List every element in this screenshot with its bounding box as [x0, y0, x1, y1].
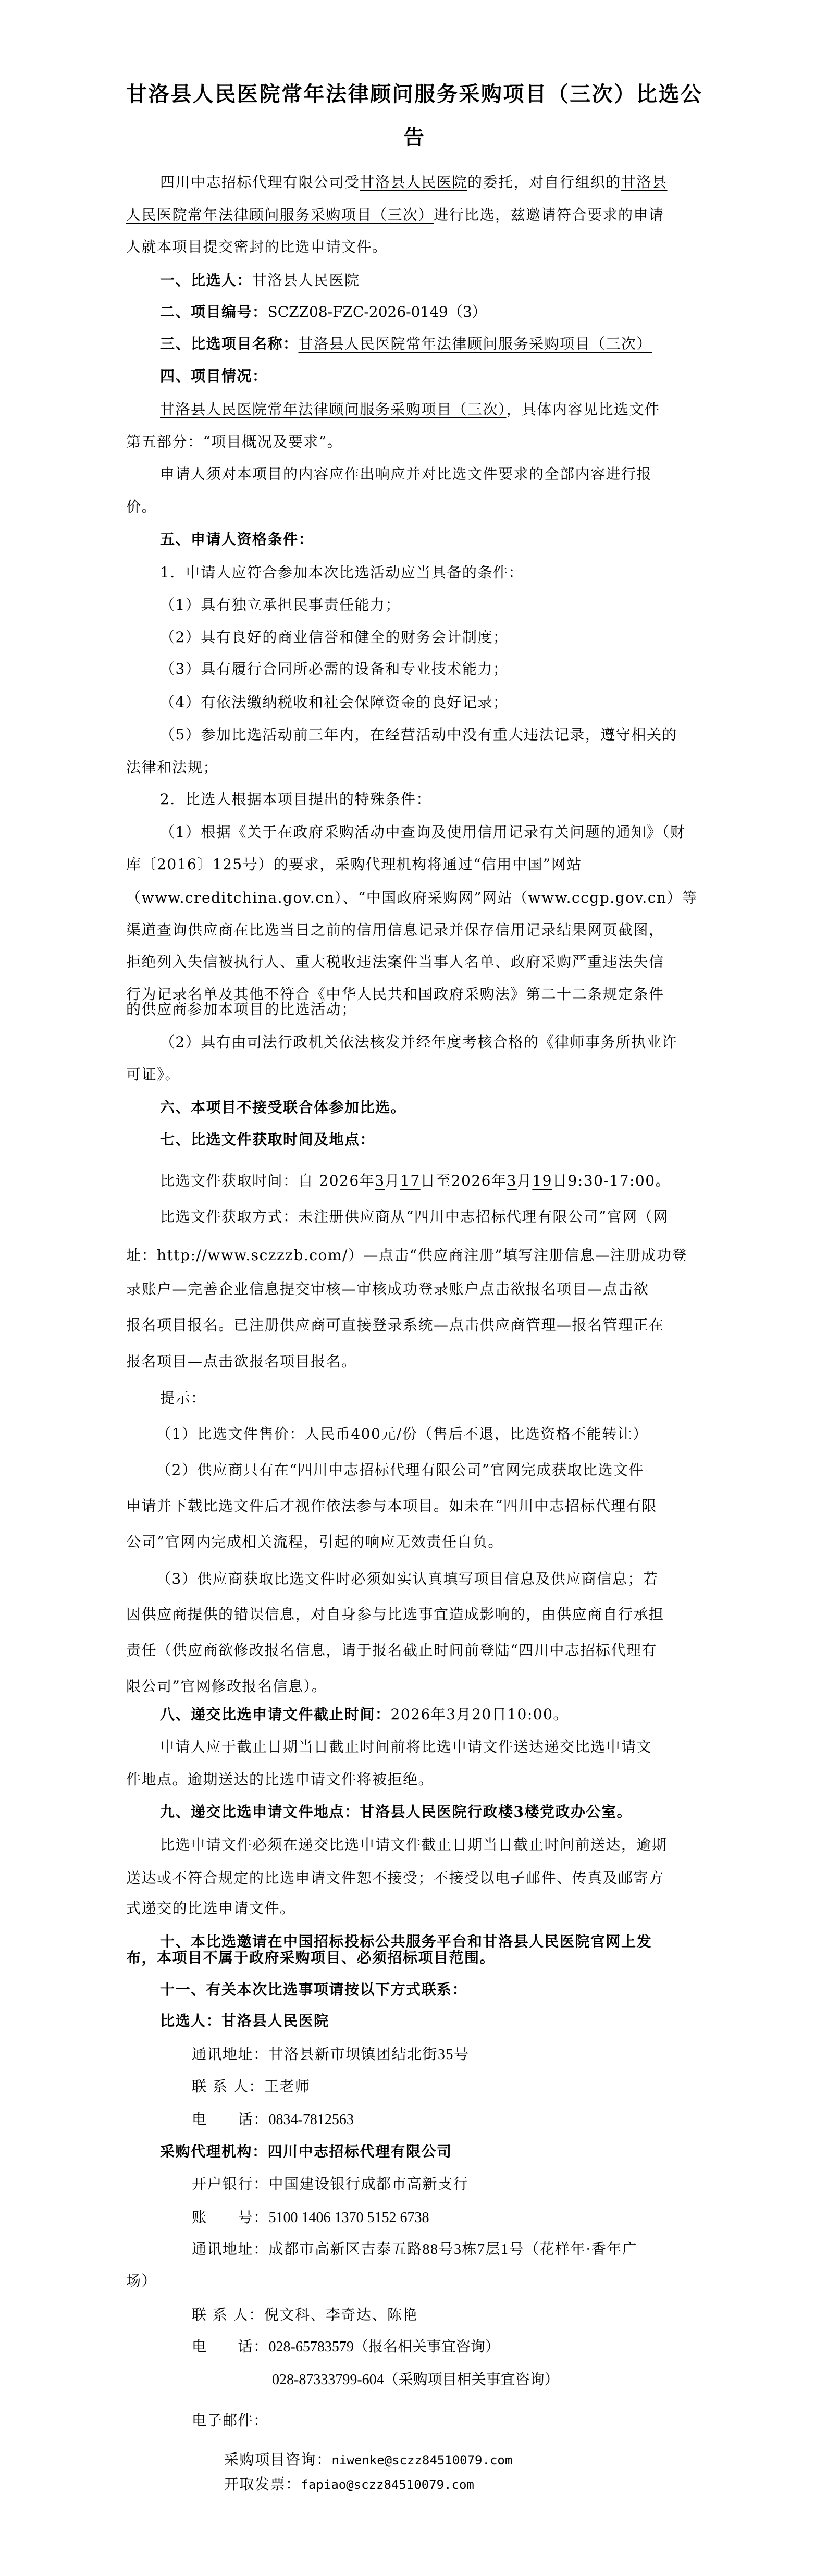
submission-body: 式递交的比选申请文件。 — [126, 1900, 701, 1917]
special-condition-2: （2）具有由司法行政机关依法核发并经年度考核合格的《律师事务所执业许 — [160, 1033, 701, 1051]
document-page: 甘洛县人民医院常年法律顾问服务采购项目（三次）比选公 告 四川中志招标代理有限公… — [0, 0, 827, 2576]
tip-accuracy: 因供应商提供的错误信息，对自身参与比选事宜造成影响的，由供应商自行承担 — [126, 1606, 701, 1623]
project-number-value: SCZZ08-FZC-2026-0149（3） — [268, 303, 487, 321]
special-condition-1: （1）根据《关于在政府采购活动中查询及使用信用记录有关问题的通知》（财 — [160, 823, 701, 841]
project-name-value: 甘洛县人民医院常年法律顾问服务采购项目（三次） — [299, 335, 652, 352]
acquisition-method: 报名项目报名。已注册供应商可直接登录系统—点击供应商管理—报名管理正在 — [126, 1316, 701, 1334]
tips-label: 提示： — [160, 1389, 701, 1407]
qualification-item: （2）具有良好的商业信誉和健全的财务会计制度； — [160, 628, 701, 646]
field-label: 联 系 人： — [192, 2078, 264, 2095]
acquisition-hours: 9:30-17:00。 — [568, 1172, 671, 1189]
year-char: 年 — [360, 1172, 375, 1189]
field-value[interactable]: 028-65783579（报名相关事宜咨询） — [269, 2339, 500, 2355]
agency-bank: 开户银行：中国建设银行成都市高新支行 — [192, 2175, 767, 2193]
section-submission-location: 九、递交比选申请文件地点：甘洛县人民医院行政楼3楼党政办公室。 — [160, 1803, 701, 1821]
field-value: 中国建设银行成都市高新支行 — [269, 2175, 469, 2192]
tip-registration: 申请并下载比选文件后才视作依法参与本项目。如未在“四川中志招标代理有限 — [126, 1497, 701, 1515]
contact-purchaser-heading: 比选人：甘洛县人民医院 — [160, 2012, 701, 2030]
field-label: 开取发票： — [224, 2475, 301, 2493]
purchaser-name-link: 甘洛县人民医院 — [360, 174, 468, 191]
start-year: 2026 — [319, 1172, 359, 1189]
qualification-special-heading: 2．比选人根据本项目提出的特殊条件： — [160, 791, 701, 808]
qualification-item: （3）具有履行合同所必需的设备和专业技术能力； — [160, 660, 701, 678]
project-info-para2-line-1: 申请人须对本项目的内容应作出响应并对比选文件要求的全部内容进行报 — [160, 465, 701, 483]
section-label: 九、递交比选申请文件地点： — [160, 1803, 360, 1820]
agency-email-invoice: 开取发票：fapiao@sczz84510079.com — [224, 2475, 799, 2493]
tip-accuracy: 责任（供应商欲修改报名信息，请于报名截止时间前登陆“四川中志招标代理有 — [126, 1642, 701, 1659]
tip-accuracy: 限公司”官网修改报名信息）。 — [126, 1678, 701, 1695]
qualification-item: （1）具有独立承担民事责任能力； — [160, 596, 701, 614]
special-condition-1: 库〔2016〕125号）的要求，采购代理机构将通过“信用中国”网站 — [126, 856, 701, 873]
special-condition-2: 可证》。 — [126, 1066, 701, 1083]
special-condition-1: 渠道查询供应商在比选当日之前的信用信息记录并保存信用记录结果网页截图， — [126, 921, 701, 939]
field-label: 联 系 人： — [192, 2306, 264, 2323]
section-label: 一、比选人： — [160, 272, 252, 289]
field-label: 电 话： — [192, 2111, 269, 2128]
purchaser-contact: 联 系 人：王老师 — [192, 2078, 767, 2096]
year-char: 年 — [491, 1172, 507, 1189]
acquisition-method[interactable]: 址：http://www.sczzzb.com/）—点击“供应商注册”填写注册信… — [126, 1247, 701, 1264]
intro-line-1: 四川中志招标代理有限公司受甘洛县人民医院的委托，对自行组织的甘洛县 — [160, 174, 701, 191]
field-label: 开户银行： — [192, 2175, 269, 2192]
field-value[interactable]: 0834-7812563 — [269, 2112, 354, 2128]
field-label: 通讯地址： — [192, 2240, 269, 2258]
section-project-number: 二、项目编号：SCZZ08-FZC-2026-0149（3） — [160, 303, 701, 321]
tip-registration: 公司”官网内完成相关流程，引起的响应无效责任自负。 — [126, 1533, 701, 1551]
agency-phone-2[interactable]: 028-87333799-604（采购项目相关事宜咨询） — [272, 2371, 827, 2389]
field-label: 通讯地址： — [192, 2045, 269, 2063]
section-purchaser: 一、比选人：甘洛县人民医院 — [160, 272, 701, 289]
tip-accuracy: （3）供应商获取比选文件时必须如实认真填写项目信息及供应商信息；若 — [156, 1570, 698, 1588]
intro-text: 进行比选，兹邀请符合要求的申请 — [434, 206, 664, 224]
submission-body: 比选申请文件必须在递交比选申请文件截止日期当日截止时间前送达，逾期 — [160, 1836, 701, 1854]
agency-contact: 联 系 人：倪文科、李奇达、陈艳 — [192, 2306, 767, 2324]
field-value: 倪文科、李奇达、陈艳 — [264, 2306, 418, 2323]
project-name-part: 人民医院常年法律顾问服务采购项目（三次） — [126, 206, 434, 224]
purchaser-value: 甘洛县人民医院 — [252, 272, 360, 289]
acquisition-time: 比选文件获取时间：自 2026年3月17日至2026年3月19日9:30-17:… — [160, 1172, 701, 1190]
email-link[interactable]: fapiao@sczz84510079.com — [301, 2478, 474, 2492]
field-label: 电 话： — [192, 2338, 269, 2355]
section-deadline: 八、递交比选申请文件截止时间：2026年3月20日10:00。 — [160, 1706, 701, 1723]
day-char: 日 — [552, 1172, 568, 1189]
document-title-continued: 告 — [126, 125, 701, 150]
special-condition-1: 的供应商参加本项目的比选活动； — [126, 1001, 701, 1018]
acquisition-method: 录账户—完善企业信息提交审核—审核成功登录账户点击欲报名项目—点击欲 — [126, 1280, 701, 1298]
purchaser-phone: 电 话：0834-7812563 — [192, 2111, 767, 2128]
field-value: 成都市高新区吉泰五路88号3栋7层1号（花样年·香年广 — [269, 2241, 638, 2258]
end-month: 3 — [507, 1172, 517, 1189]
day-char: 日 — [421, 1172, 436, 1189]
qualification-item: （4）有依法缴纳税收和社会保障资金的良好记录； — [160, 694, 701, 711]
section-heading-no-consortium: 六、本项目不接受联合体参加比选。 — [160, 1099, 701, 1116]
section-heading-qualifications: 五、申请人资格条件： — [160, 531, 701, 548]
qualification-general-heading: 1．申请人应符合参加本次比选活动应当具备的条件： — [160, 564, 701, 582]
field-value: 5100 1406 1370 5152 6738 — [269, 2210, 429, 2226]
project-info-text: ，具体内容见比选文件 — [507, 401, 660, 418]
project-info-line-2: 第五部分：“项目概况及要求”。 — [126, 433, 701, 451]
start-day: 17 — [400, 1172, 421, 1189]
email-link[interactable]: niwenke@sczz84510079.com — [332, 2453, 513, 2468]
contact-agency-heading: 采购代理机构：四川中志招标代理有限公司 — [160, 2143, 701, 2161]
section-heading-project-info: 四、项目情况： — [160, 367, 701, 385]
section-label: 三、比选项目名称： — [160, 335, 299, 352]
end-year: 2026 — [451, 1172, 491, 1189]
agency-phone-1: 电 话：028-65783579（报名相关事宜咨询） — [192, 2338, 767, 2356]
acquisition-time-label: 比选文件获取时间：自 — [160, 1172, 314, 1189]
section-heading-document-acquisition: 七、比选文件获取时间及地点： — [160, 1131, 701, 1149]
end-day: 19 — [532, 1172, 552, 1189]
acquisition-method: 比选文件获取方式：未注册供应商从“四川中志招标代理有限公司”官网（网 — [160, 1208, 701, 1226]
project-name-ref: 甘洛县人民医院常年法律顾问服务采购项目（三次） — [160, 401, 507, 418]
submission-body: 送达或不符合规定的比选申请文件恕不接受；不接受以电子邮件、传真及邮寄方 — [126, 1869, 701, 1887]
deadline-body: 申请人应于截止日期当日截止时间前将比选申请文件送达递交比选申请文 — [160, 1738, 701, 1756]
project-info-para2-line-2: 价。 — [126, 498, 701, 516]
intro-text: 四川中志招标代理有限公司受 — [160, 174, 360, 191]
intro-text: 的委托，对自行组织的 — [467, 174, 621, 191]
document-title: 甘洛县人民医院常年法律顾问服务采购项目（三次）比选公 — [126, 82, 701, 107]
section-publication: 十、本比选邀请在中国招标投标公共服务平台和甘洛县人民医院官网上发 — [160, 1933, 692, 1951]
start-month: 3 — [375, 1172, 385, 1189]
section-publication: 布，本项目不属于政府采购项目、必须招标项目范围。 — [126, 1949, 701, 1967]
field-label: 采购项目咨询： — [224, 2451, 332, 2468]
acquisition-method: 报名项目—点击欲报名项目报名。 — [126, 1353, 701, 1371]
project-name-part: 甘洛县 — [621, 174, 668, 191]
field-value: 甘洛县新市坝镇团结北街35号 — [269, 2047, 470, 2063]
special-condition-1: 拒绝列入失信被执行人、重大税收违法案件当事人名单、政府采购严重违法失信 — [126, 953, 701, 971]
agency-account: 账 号：5100 1406 1370 5152 6738 — [192, 2209, 767, 2226]
deadline-body: 件地点。逾期送达的比选申请文件将被拒绝。 — [126, 1771, 701, 1789]
field-label: 账 号： — [192, 2209, 269, 2226]
section-project-name: 三、比选项目名称：甘洛县人民医院常年法律顾问服务采购项目（三次） — [160, 335, 701, 353]
special-condition-1: （www.creditchina.gov.cn）、“中国政府采购网”网站（www… — [126, 889, 701, 907]
intro-line-2: 人民医院常年法律顾问服务采购项目（三次）进行比选，兹邀请符合要求的申请 — [126, 206, 701, 224]
agency-address-continued: 场） — [126, 2272, 701, 2290]
field-value: 王老师 — [264, 2078, 311, 2095]
tip-price: （1）比选文件售价：人民币400元/份（售后不退，比选资格不能转让） — [156, 1425, 698, 1443]
agency-email-procurement: 采购项目咨询：niwenke@sczz84510079.com — [224, 2451, 799, 2469]
qualification-item-continued: 法律和法规； — [126, 759, 701, 777]
agency-address: 通讯地址：成都市高新区吉泰五路88号3栋7层1号（花样年·香年广 — [192, 2240, 767, 2258]
project-info-line-1: 甘洛县人民医院常年法律顾问服务采购项目（三次），具体内容见比选文件 — [160, 401, 701, 418]
month-char: 月 — [517, 1172, 533, 1189]
section-heading-contact: 十一、有关本次比选事项请按以下方式联系： — [160, 1981, 701, 1999]
purchaser-address: 通讯地址：甘洛县新市坝镇团结北街35号 — [192, 2045, 767, 2063]
qualification-item: （5）参加比选活动前三年内，在经营活动中没有重大违法记录，遵守相关的 — [160, 726, 701, 744]
to-char: 至 — [436, 1172, 451, 1189]
intro-line-3: 人就本项目提交密封的比选申请文件。 — [126, 238, 701, 256]
deadline-value: 2026年3月20日10:00。 — [391, 1706, 569, 1723]
agency-email-label: 电子邮件： — [192, 2412, 767, 2430]
tip-registration: （2）供应商只有在“四川中志招标代理有限公司”官网完成获取比选文件 — [156, 1461, 698, 1479]
section-label: 八、递交比选申请文件截止时间： — [160, 1706, 391, 1723]
submission-location-value: 甘洛县人民医院行政楼3楼党政办公室。 — [360, 1803, 633, 1820]
month-char: 月 — [385, 1172, 401, 1189]
section-label: 二、项目编号： — [160, 303, 268, 321]
